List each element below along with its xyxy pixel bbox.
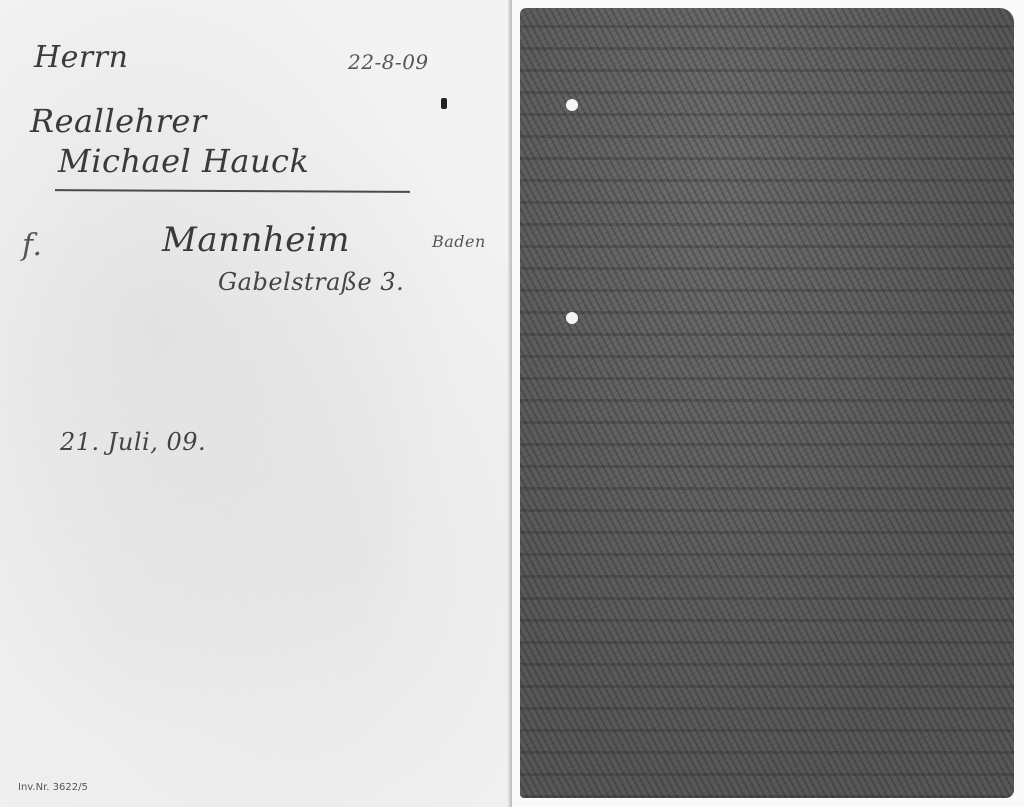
punch-hole — [566, 312, 578, 324]
underline-rule — [55, 189, 410, 193]
letter-text-page — [512, 0, 1024, 807]
note-date: 21. Juli, 09. — [60, 428, 206, 456]
recipient-region: Baden — [432, 232, 486, 251]
punch-hole — [566, 99, 578, 111]
salutation: Herrn — [34, 40, 128, 75]
date-stamp: 22-8-09 — [348, 50, 429, 74]
ink-mark — [441, 98, 447, 109]
recipient-city: Mannheim — [162, 220, 350, 260]
recipient-title: Reallehrer — [30, 102, 207, 140]
recipient-street: Gabelstraße 3. — [218, 268, 404, 296]
inventory-number: Inv.Nr. 3622/5 — [18, 782, 88, 793]
recipient-name: Michael Hauck — [58, 142, 309, 180]
address-prefix: f. — [22, 228, 43, 263]
dense-handwriting-block — [520, 8, 1014, 798]
envelope-front-page: Herrn 22-8-09 Reallehrer Michael Hauck f… — [0, 0, 512, 807]
